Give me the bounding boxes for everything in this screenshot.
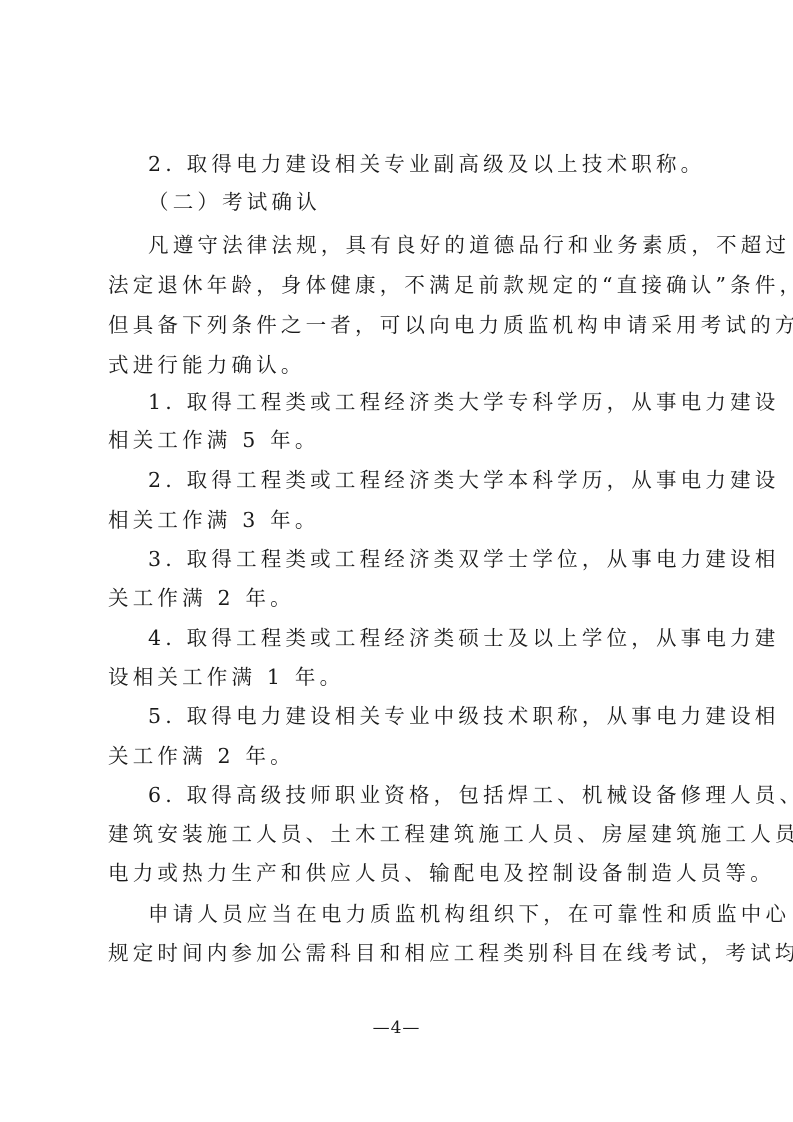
- list-item-3-cont: 关工作满 2 年。: [108, 584, 694, 612]
- list-item-6: 6. 取得高级技师职业资格，包括焊工、机械设备修理人员、: [148, 781, 694, 809]
- item-2-senior-title: 2. 取得电力建设相关专业副高级及以上技术职称。: [148, 150, 694, 178]
- paragraph-line: 式进行能力确认。: [108, 351, 694, 379]
- list-item-4: 4. 取得工程类或工程经济类硕士及以上学位，从事电力建: [148, 624, 694, 652]
- list-item-5-cont: 关工作满 2 年。: [108, 742, 694, 770]
- paragraph-line: 规定时间内参加公需科目和相应工程类别科目在线考试，考试均: [108, 939, 694, 967]
- paragraph-line: 法定退休年龄，身体健康，不满足前款规定的“直接确认”条件，: [108, 271, 694, 299]
- list-item-5: 5. 取得电力建设相关专业中级技术职称，从事电力建设相: [148, 702, 694, 730]
- list-item-6-cont: 电力或热力生产和供应人员、输配电及控制设备制造人员等。: [108, 859, 694, 887]
- list-item-1: 1. 取得工程类或工程经济类大学专科学历，从事电力建设: [148, 388, 694, 416]
- paragraph-line: 但具备下列条件之一者，可以向电力质监机构申请采用考试的方: [108, 311, 694, 339]
- paragraph-line: 申请人员应当在电力质监机构组织下，在可靠性和质监中心: [148, 900, 694, 928]
- list-item-1-cont: 相关工作满 5 年。: [108, 426, 694, 454]
- list-item-4-cont: 设相关工作满 1 年。: [108, 663, 694, 691]
- paragraph-line: 凡遵守法律法规，具有良好的道德品行和业务素质，不超过: [148, 231, 694, 259]
- list-item-6-cont: 建筑安装施工人员、土木工程建筑施工人员、房屋建筑施工人员、: [108, 820, 694, 848]
- list-item-2: 2. 取得工程类或工程经济类大学本科学历，从事电力建设: [148, 466, 694, 494]
- section-heading-exam-confirmation: （二）考试确认: [148, 188, 694, 216]
- list-item-3: 3. 取得工程类或工程经济类双学士学位，从事电力建设相: [148, 545, 694, 573]
- document-page: 2. 取得电力建设相关专业副高级及以上技术职称。 （二）考试确认 凡遵守法律法规…: [0, 0, 793, 1122]
- list-item-2-cont: 相关工作满 3 年。: [108, 506, 694, 534]
- page-number: —4—: [0, 1016, 793, 1040]
